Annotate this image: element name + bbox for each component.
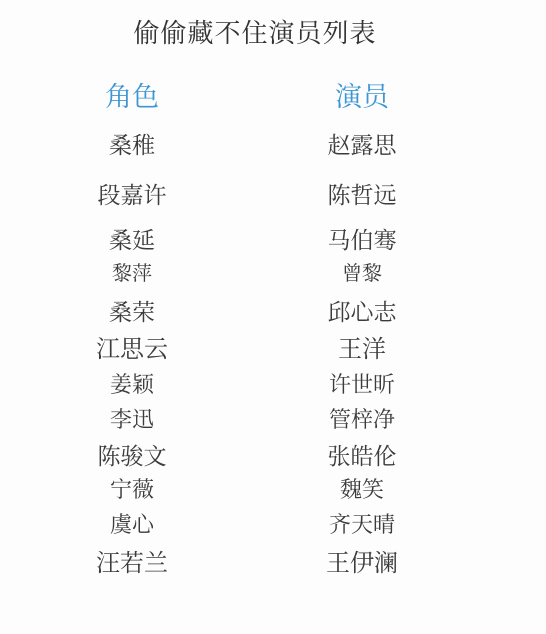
cast-row: 黎萍 曾黎 — [0, 257, 546, 291]
role-name: 宁薇 — [0, 473, 264, 507]
cast-row: 桑荣 邱心志 — [0, 295, 546, 329]
actor-name: 王伊澜 — [264, 547, 460, 581]
cast-row: 陈骏文 张皓伦 — [0, 439, 546, 473]
cast-row: 段嘉许 陈哲远 — [0, 178, 546, 212]
role-name: 陈骏文 — [0, 439, 264, 473]
actor-name: 齐天晴 — [264, 508, 460, 542]
role-name: 段嘉许 — [0, 178, 264, 212]
actor-name: 邱心志 — [264, 295, 460, 329]
actor-name: 陈哲远 — [264, 178, 460, 212]
cast-row: 李迅 管梓净 — [0, 403, 546, 437]
actor-name: 管梓净 — [264, 403, 460, 437]
actor-name: 曾黎 — [264, 257, 460, 291]
cast-table: 桑稚 赵露思 段嘉许 陈哲远 桑延 马伯骞 黎萍 曾黎 桑荣 邱心志 江思云 王… — [0, 0, 546, 634]
cast-row: 虞心 齐天晴 — [0, 508, 546, 542]
role-name: 桑荣 — [0, 295, 264, 329]
role-name: 黎萍 — [0, 257, 264, 291]
role-name: 汪若兰 — [0, 547, 264, 581]
cast-row: 汪若兰 王伊澜 — [0, 547, 546, 581]
actor-name: 张皓伦 — [264, 439, 460, 473]
actor-name: 许世昕 — [264, 368, 460, 402]
role-name: 江思云 — [0, 333, 264, 367]
cast-row: 桑稚 赵露思 — [0, 128, 546, 162]
cast-row: 江思云 王洋 — [0, 333, 546, 367]
role-name: 桑稚 — [0, 128, 264, 162]
cast-list-page: 偷偷藏不住演员列表 角色 演员 桑稚 赵露思 段嘉许 陈哲远 桑延 马伯骞 黎萍… — [0, 0, 546, 634]
actor-name: 马伯骞 — [264, 223, 460, 257]
role-name: 李迅 — [0, 403, 264, 437]
cast-row: 桑延 马伯骞 — [0, 223, 546, 257]
cast-row: 宁薇 魏笑 — [0, 473, 546, 507]
role-name: 桑延 — [0, 223, 264, 257]
actor-name: 王洋 — [264, 333, 460, 367]
role-name: 虞心 — [0, 508, 264, 542]
actor-name: 魏笑 — [264, 473, 460, 507]
actor-name: 赵露思 — [264, 128, 460, 162]
role-name: 姜颖 — [0, 368, 264, 402]
cast-row: 姜颖 许世昕 — [0, 368, 546, 402]
